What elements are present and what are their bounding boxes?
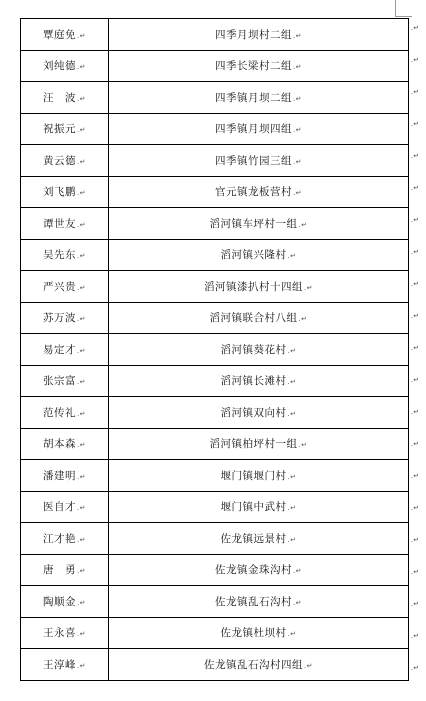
row-end-mark: .↵ (411, 600, 419, 608)
row-end-mark: .↵ (411, 504, 419, 512)
person-name: 范传礼 (43, 407, 76, 419)
table-row: 苏万波.↵ 滔河镇联合村八组.↵ (21, 302, 409, 334)
address-text: 滔河镇葵花村 (220, 344, 286, 356)
table-row: 医自才.↵ 堰门镇中武村.↵ (21, 491, 409, 523)
paragraph-mark: .↵ (293, 32, 302, 40)
name-cell[interactable]: 潘建明.↵ (21, 460, 109, 492)
paragraph-mark: .↵ (287, 252, 296, 260)
address-cell[interactable]: 官元镇龙板营村.↵ (109, 176, 409, 208)
person-name: 刘纯德 (43, 60, 76, 72)
row-end-mark: .↵ (411, 536, 419, 544)
table-row: 陶顺金.↵ 佐龙镇乱石沟村.↵ (21, 586, 409, 618)
paragraph-mark: .↵ (287, 473, 296, 481)
name-cell[interactable]: 覃庭免.↵ (21, 19, 109, 51)
address-cell[interactable]: 滔河镇长滩村.↵ (109, 365, 409, 397)
table-row: 江才艳.↵ 佐龙镇远景村.↵ (21, 523, 409, 555)
paragraph-mark: .↵ (293, 63, 302, 71)
paragraph-mark: .↵ (287, 504, 296, 512)
address-text: 堰门镇堰门村 (220, 470, 286, 482)
name-cell[interactable]: 黄云德.↵ (21, 145, 109, 177)
address-cell[interactable]: 佐龙镇杜坝村.↵ (109, 617, 409, 649)
table-row: 唐 勇.↵ 佐龙镇金珠沟村.↵ (21, 554, 409, 586)
roster-table-body: 覃庭免.↵ 四季月坝村二组.↵ 刘纯德.↵ 四季长梁村二组.↵ 汪 波.↵ 四季… (21, 19, 409, 681)
row-end-mark: .↵ (411, 88, 419, 96)
person-name: 黄云德 (43, 155, 76, 167)
address-text: 四季镇月坝四组 (215, 123, 292, 135)
row-end-mark: .↵ (411, 184, 419, 192)
address-text: 四季镇月坝二组 (215, 92, 292, 104)
paragraph-mark: .↵ (304, 662, 313, 670)
name-cell[interactable]: 严兴贵.↵ (21, 271, 109, 303)
table-row: 祝振元.↵ 四季镇月坝四组.↵ (21, 113, 409, 145)
row-end-mark: .↵ (411, 664, 419, 672)
address-cell[interactable]: 四季镇月坝四组.↵ (109, 113, 409, 145)
table-row: 刘纯德.↵ 四季长梁村二组.↵ (21, 50, 409, 82)
paragraph-mark: .↵ (77, 536, 86, 544)
person-name: 胡本森 (43, 438, 76, 450)
paragraph-mark: .↵ (77, 158, 86, 166)
address-text: 佐龙镇远景村 (220, 533, 286, 545)
table-row: 胡本森.↵ 滔河镇柏坪村一组.↵ (21, 428, 409, 460)
row-end-mark: .↵ (411, 120, 419, 128)
address-cell[interactable]: 滔河镇车坪村一组.↵ (109, 208, 409, 240)
paragraph-mark: .↵ (77, 410, 86, 418)
name-cell[interactable]: 江才艳.↵ (21, 523, 109, 555)
paragraph-mark: .↵ (77, 63, 86, 71)
paragraph-mark: .↵ (77, 630, 86, 638)
paragraph-mark: .↵ (77, 441, 86, 449)
name-cell[interactable]: 苏万波.↵ (21, 302, 109, 334)
table-row: 吴先东.↵ 滔河镇兴隆村.↵ (21, 239, 409, 271)
row-end-mark: .↵ (411, 312, 419, 320)
address-cell[interactable]: 滔河镇柏坪村一组.↵ (109, 428, 409, 460)
address-text: 滔河镇兴隆村 (220, 249, 286, 261)
table-row: 刘飞鹏.↵ 官元镇龙板营村.↵ (21, 176, 409, 208)
name-cell[interactable]: 谭世友.↵ (21, 208, 109, 240)
person-name: 刘飞鹏 (43, 186, 76, 198)
paragraph-mark: .↵ (77, 662, 86, 670)
paragraph-mark: .↵ (77, 567, 86, 575)
row-end-mark: .↵ (411, 632, 419, 640)
name-cell[interactable]: 刘飞鹏.↵ (21, 176, 109, 208)
row-end-mark: .↵ (411, 280, 419, 288)
row-end-mark: .↵ (411, 152, 419, 160)
roster-table: 覃庭免.↵ 四季月坝村二组.↵ 刘纯德.↵ 四季长梁村二组.↵ 汪 波.↵ 四季… (20, 18, 409, 681)
name-cell[interactable]: 唐 勇.↵ (21, 554, 109, 586)
row-end-mark: .↵ (411, 56, 419, 64)
name-cell[interactable]: 刘纯德.↵ (21, 50, 109, 82)
person-name: 吴先东 (43, 249, 76, 261)
row-end-mark: .↵ (411, 440, 419, 448)
paragraph-mark: .↵ (77, 284, 86, 292)
person-name: 唐 勇 (43, 564, 76, 576)
person-name: 覃庭免 (43, 29, 76, 41)
name-cell[interactable]: 王淳峰.↵ (21, 649, 109, 681)
paragraph-mark: .↵ (298, 441, 307, 449)
row-end-mark: .↵ (411, 248, 419, 256)
address-text: 四季镇竹园三组 (215, 155, 292, 167)
address-cell[interactable]: 堰门镇中武村.↵ (109, 491, 409, 523)
paragraph-mark: .↵ (293, 189, 302, 197)
address-cell[interactable]: 四季长梁村二组.↵ (109, 50, 409, 82)
name-cell[interactable]: 祝振元.↵ (21, 113, 109, 145)
table-row: 易定才.↵ 滔河镇葵花村.↵ (21, 334, 409, 366)
name-cell[interactable]: 陶顺金.↵ (21, 586, 109, 618)
paragraph-mark: .↵ (77, 315, 86, 323)
table-row: 范传礼.↵ 滔河镇双向村.↵ (21, 397, 409, 429)
paragraph-mark: .↵ (77, 504, 86, 512)
paragraph-mark: .↵ (298, 315, 307, 323)
address-cell[interactable]: 滔河镇双向村.↵ (109, 397, 409, 429)
person-name: 王淳峰 (43, 659, 76, 671)
address-text: 官元镇龙板营村 (215, 186, 292, 198)
name-cell[interactable]: 王永喜.↵ (21, 617, 109, 649)
address-cell[interactable]: 佐龙镇乱石沟村四组.↵ (109, 649, 409, 681)
paragraph-mark: .↵ (287, 536, 296, 544)
person-name: 医自才 (43, 501, 76, 513)
address-text: 佐龙镇乱石沟村四组 (204, 659, 303, 671)
address-cell[interactable]: 四季镇月坝二组.↵ (109, 82, 409, 114)
person-name: 易定才 (43, 344, 76, 356)
paragraph-mark: .↵ (298, 221, 307, 229)
person-name: 祝振元 (43, 123, 76, 135)
paragraph-mark: .↵ (293, 95, 302, 103)
paragraph-mark: .↵ (77, 347, 86, 355)
paragraph-mark: .↵ (287, 630, 296, 638)
table-row: 黄云德.↵ 四季镇竹园三组.↵ (21, 145, 409, 177)
table-row: 张宗富.↵ 滔河镇长滩村.↵ (21, 365, 409, 397)
address-text: 滔河镇联合村八组 (209, 312, 297, 324)
page-margin-corner-mark (395, 0, 412, 17)
paragraph-mark: .↵ (77, 252, 86, 260)
address-cell[interactable]: 四季镇竹园三组.↵ (109, 145, 409, 177)
table-row: 覃庭免.↵ 四季月坝村二组.↵ (21, 19, 409, 51)
address-text: 滔河镇双向村 (220, 407, 286, 419)
table-row: 汪 波.↵ 四季镇月坝二组.↵ (21, 82, 409, 114)
row-end-mark: .↵ (411, 568, 419, 576)
row-end-mark: .↵ (411, 216, 419, 224)
paragraph-mark: .↵ (77, 473, 86, 481)
table-row: 潘建明.↵ 堰门镇堰门村.↵ (21, 460, 409, 492)
address-text: 滔河镇长滩村 (220, 375, 286, 387)
person-name: 严兴贵 (43, 281, 76, 293)
paragraph-mark: .↵ (287, 410, 296, 418)
person-name: 张宗富 (43, 375, 76, 387)
person-name: 汪 波 (43, 92, 76, 104)
address-cell[interactable]: 佐龙镇远景村.↵ (109, 523, 409, 555)
person-name: 王永喜 (43, 627, 76, 639)
paragraph-mark: .↵ (293, 126, 302, 134)
table-row: 王淳峰.↵ 佐龙镇乱石沟村四组.↵ (21, 649, 409, 681)
person-name: 苏万波 (43, 312, 76, 324)
address-text: 四季长梁村二组 (215, 60, 292, 72)
row-end-mark: .↵ (411, 344, 419, 352)
address-cell[interactable]: 佐龙镇金珠沟村.↵ (109, 554, 409, 586)
paragraph-mark: .↵ (77, 126, 86, 134)
row-end-mark: .↵ (411, 376, 419, 384)
name-cell[interactable]: 范传礼.↵ (21, 397, 109, 429)
address-text: 滔河镇柏坪村一组 (209, 438, 297, 450)
paragraph-mark: .↵ (77, 95, 86, 103)
table-row: 谭世友.↵ 滔河镇车坪村一组.↵ (21, 208, 409, 240)
paragraph-mark: .↵ (293, 567, 302, 575)
name-cell[interactable]: 张宗富.↵ (21, 365, 109, 397)
paragraph-mark: .↵ (77, 189, 86, 197)
person-name: 陶顺金 (43, 596, 76, 608)
paragraph-mark: .↵ (77, 599, 86, 607)
person-name: 谭世友 (43, 218, 76, 230)
address-text: 佐龙镇乱石沟村 (215, 596, 292, 608)
person-name: 江才艳 (43, 533, 76, 545)
name-cell[interactable]: 胡本森.↵ (21, 428, 109, 460)
row-end-mark: .↵ (411, 24, 419, 32)
address-cell[interactable]: 堰门镇堰门村.↵ (109, 460, 409, 492)
row-end-mark: .↵ (411, 472, 419, 480)
address-cell[interactable]: 佐龙镇乱石沟村.↵ (109, 586, 409, 618)
name-cell[interactable]: 医自才.↵ (21, 491, 109, 523)
address-cell[interactable]: 滔河镇葵花村.↵ (109, 334, 409, 366)
address-text: 滔河镇漆扒村十四组 (204, 281, 303, 293)
paragraph-mark: .↵ (77, 378, 86, 386)
table-row: 王永喜.↵ 佐龙镇杜坝村.↵ (21, 617, 409, 649)
address-text: 佐龙镇杜坝村 (220, 627, 286, 639)
name-cell[interactable]: 汪 波.↵ (21, 82, 109, 114)
paragraph-mark: .↵ (293, 158, 302, 166)
paragraph-mark: .↵ (287, 378, 296, 386)
address-text: 佐龙镇金珠沟村 (215, 564, 292, 576)
address-cell[interactable]: 滔河镇联合村八组.↵ (109, 302, 409, 334)
address-text: 四季月坝村二组 (215, 29, 292, 41)
paragraph-mark: .↵ (293, 599, 302, 607)
address-cell[interactable]: 滔河镇漆扒村十四组.↵ (109, 271, 409, 303)
address-cell[interactable]: 四季月坝村二组.↵ (109, 19, 409, 51)
address-text: 堰门镇中武村 (220, 501, 286, 513)
name-cell[interactable]: 吴先东.↵ (21, 239, 109, 271)
address-text: 滔河镇车坪村一组 (209, 218, 297, 230)
address-cell[interactable]: 滔河镇兴隆村.↵ (109, 239, 409, 271)
person-name: 潘建明 (43, 470, 76, 482)
table-row: 严兴贵.↵ 滔河镇漆扒村十四组.↵ (21, 271, 409, 303)
row-end-mark: .↵ (411, 408, 419, 416)
name-cell[interactable]: 易定才.↵ (21, 334, 109, 366)
paragraph-mark: .↵ (77, 221, 86, 229)
paragraph-mark: .↵ (77, 32, 86, 40)
paragraph-mark: .↵ (304, 284, 313, 292)
paragraph-mark: .↵ (287, 347, 296, 355)
